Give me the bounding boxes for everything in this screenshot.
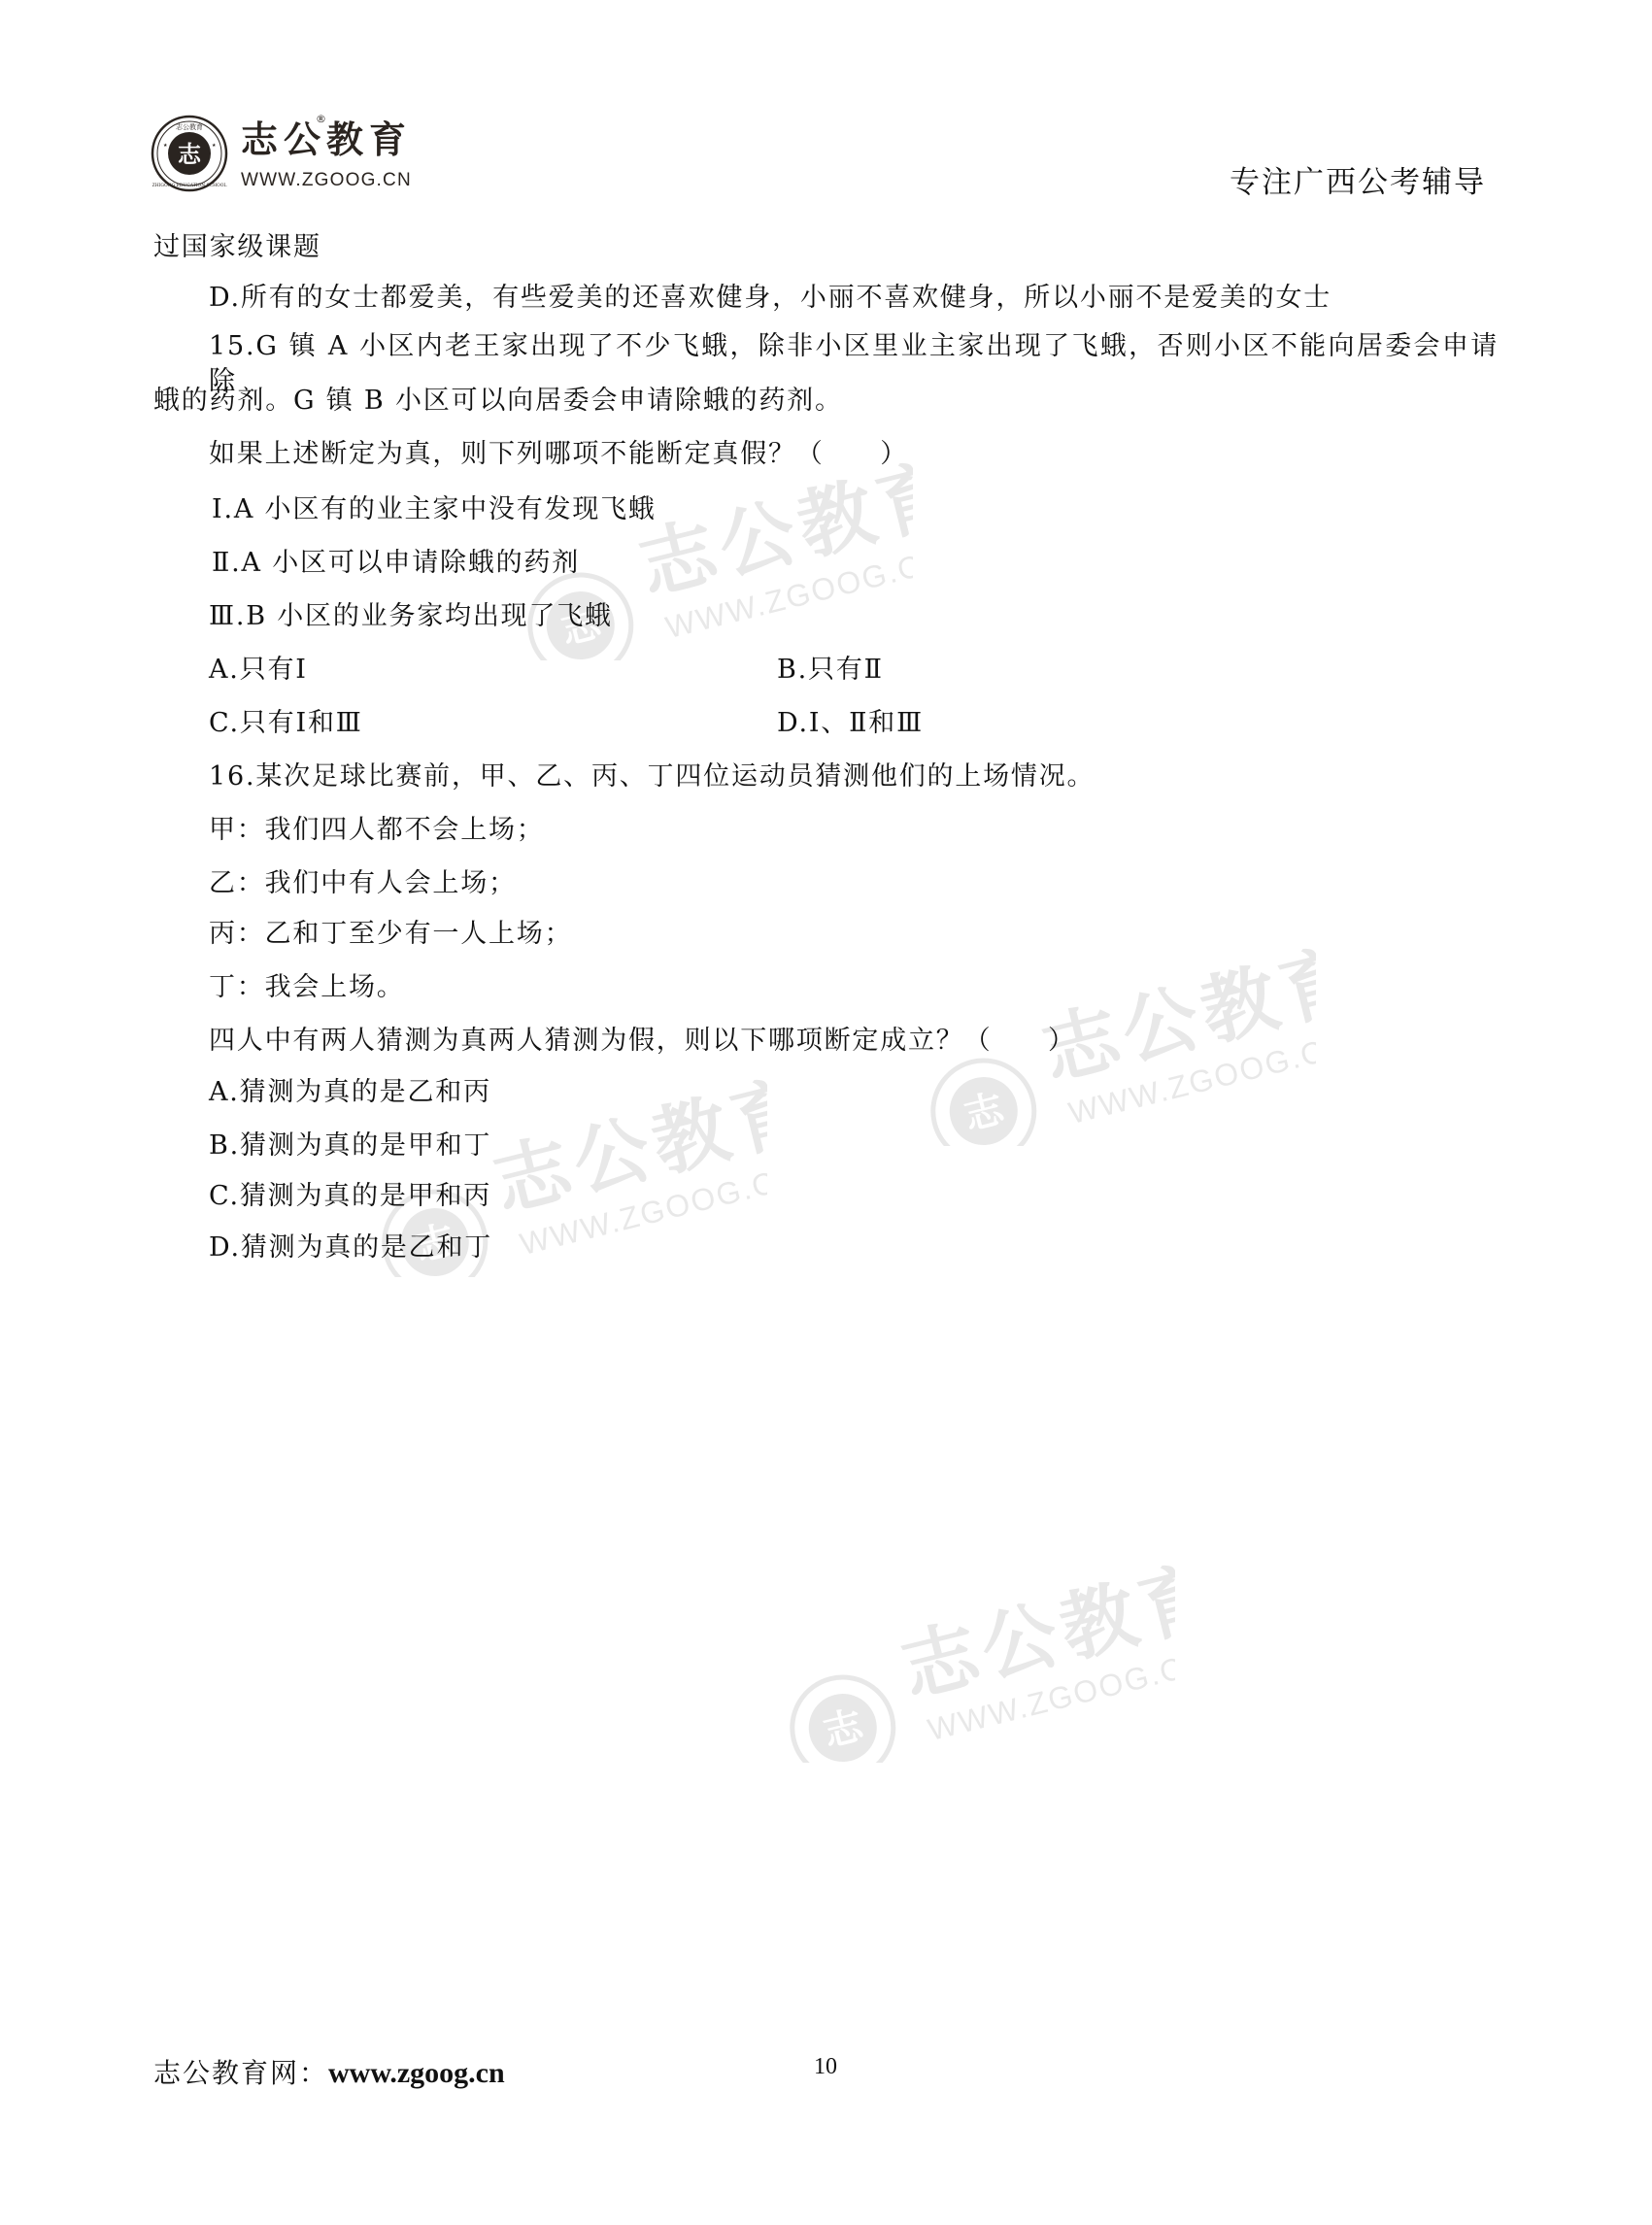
svg-text:WWW.ZGOOG.COM: WWW.ZGOOG.COM (662, 534, 913, 645)
svg-text:志: 志 (960, 1087, 1009, 1140)
q15-option-a: A.只有Ⅰ (209, 653, 308, 688)
brand-logo: 志 志公教育 ZHIGONG EDUCATION SCHOOL ★ ★ 志公教育… (151, 113, 432, 194)
continuation-text: 过国家级课题 (153, 230, 321, 265)
page-number: 10 (814, 2052, 837, 2081)
document-page: 志 志公教育 ZHIGONG EDUCATION SCHOOL ★ ★ 志公教育… (0, 0, 1652, 2225)
q16-question: 四人中有两人猜测为真两人猜测为假，则以下哪项断定成立？（ ） (209, 1024, 1076, 1059)
watermark: 志 志公教育 WWW.ZGOOG.COM (767, 1559, 1175, 1763)
q16-stem: 16.某次足球比赛前，甲、乙、丙、丁四位运动员猜测他们的上场情况。 (209, 759, 1095, 794)
footer-site: 志公教育网：www.zgoog.cn (153, 2056, 505, 2092)
q15-statement-2: Ⅱ.A 小区可以申请除蛾的药剂 (212, 546, 580, 581)
svg-text:志公教育: 志公教育 (631, 456, 913, 612)
q15-stem-line2: 蛾的药剂。G 镇 B 小区可以向居委会申请除蛾的药剂。 (153, 384, 843, 419)
footer-site-url[interactable]: www.zgoog.cn (328, 2057, 505, 2089)
svg-text:WWW.ZGOOG.COM: WWW.ZGOOG.COM (925, 1636, 1175, 1747)
svg-text:★: ★ (163, 143, 168, 149)
svg-text:志公教育: 志公教育 (893, 1559, 1175, 1714)
registered-mark: ® (316, 113, 326, 125)
logo-url: WWW.ZGOOG.CN (241, 170, 412, 191)
footer-site-label: 志公教育网： (153, 2057, 328, 2089)
svg-text:志公教育: 志公教育 (1034, 942, 1316, 1097)
q14-option-d: D.所有的女士都爱美，有些爱美的还喜欢健身，小丽不喜欢健身，所以小丽不是爱美的女… (209, 281, 1332, 316)
q16-option-c: C.猜测为真的是甲和丙 (209, 1179, 491, 1214)
q16-guess-bing: 丙：乙和丁至少有一人上场； (209, 917, 572, 952)
q16-option-a: A.猜测为真的是乙和丙 (209, 1075, 491, 1110)
q15-option-b: B.只有Ⅱ (777, 653, 884, 688)
q15-option-c: C.只有Ⅰ和Ⅲ (209, 706, 363, 741)
svg-text:★: ★ (212, 143, 217, 149)
svg-text:WWW.ZGOOG.COM: WWW.ZGOOG.COM (1065, 1020, 1316, 1130)
svg-text:ZHIGONG EDUCATION SCHOOL: ZHIGONG EDUCATION SCHOOL (152, 183, 227, 188)
header-tagline: 专注广西公考辅导 (1230, 163, 1486, 202)
q16-option-d: D.猜测为真的是乙和丁 (209, 1230, 492, 1265)
q15-option-d: D.Ⅰ、Ⅱ和Ⅲ (777, 706, 924, 741)
q15-statement-3: Ⅲ.B 小区的业务家均出现了飞蛾 (209, 599, 613, 634)
seal-logo-icon: 志 志公教育 ZHIGONG EDUCATION SCHOOL ★ ★ (151, 115, 228, 192)
q16-guess-jia: 甲：我们四人都不会上场； (209, 813, 545, 848)
svg-text:志公教育: 志公教育 (176, 122, 203, 131)
q16-guess-yi: 乙：我们中有人会上场； (209, 866, 517, 901)
logo-name: 志公教育 (241, 118, 412, 161)
svg-text:志: 志 (178, 141, 202, 168)
q15-question: 如果上述断定为真，则下列哪项不能断定真假？（ ） (209, 437, 908, 472)
svg-text:WWW.ZGOOG.COM: WWW.ZGOOG.COM (517, 1151, 767, 1262)
svg-text:志公教育: 志公教育 (486, 1073, 767, 1229)
watermark-logo-icon: 志 志公教育 WWW.ZGOOG.COM (767, 1559, 1175, 1763)
q16-guess-ding: 丁：我会上场。 (209, 970, 405, 1005)
q15-statement-1: Ⅰ.A 小区有的业主家中没有发现飞蛾 (212, 492, 657, 527)
svg-text:志: 志 (819, 1703, 868, 1757)
q16-option-b: B.猜测为真的是甲和丁 (209, 1129, 491, 1163)
